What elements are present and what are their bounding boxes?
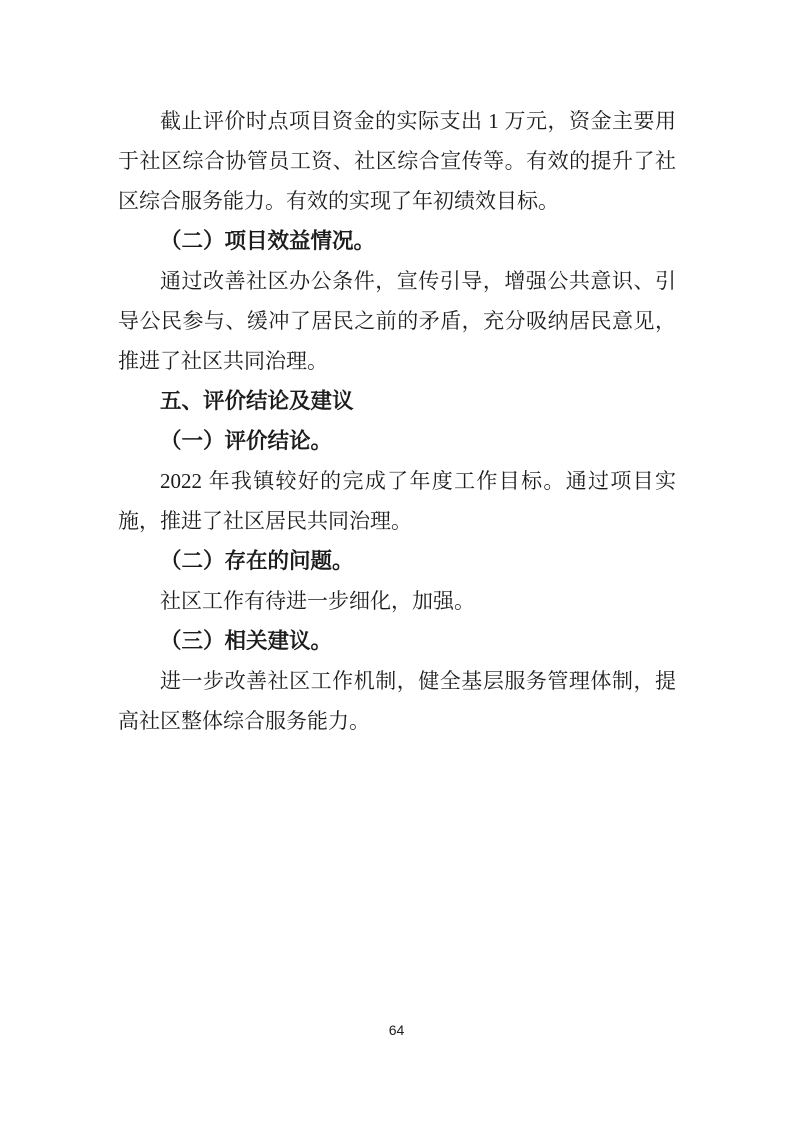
paragraph-line: 通过改善社区办公条件，宣传引导，增强公共意识、引 [118,261,676,301]
paragraph-line: 截止评价时点项目资金的实际支出 1 万元，资金主要用 [118,101,676,141]
paragraph-line: 高社区整体综合服务能力。 [118,701,676,741]
paragraph-line: 进一步改善社区工作机制，健全基层服务管理体制，提 [118,661,676,701]
paragraph-line: 导公民参与、缓冲了居民之前的矛盾，充分吸纳居民意见， [118,301,676,341]
paragraph-line: 推进了社区共同治理。 [118,341,676,381]
paragraph-line: 2022 年我镇较好的完成了年度工作目标。通过项目实 [118,461,676,501]
section-heading: 五、评价结论及建议 [118,381,676,421]
page-number: 64 [0,1022,793,1038]
document-body: 截止评价时点项目资金的实际支出 1 万元，资金主要用 于社区综合协管员工资、社区… [118,101,676,741]
subsection-heading: （三）相关建议。 [118,621,676,661]
subsection-heading: （一）评价结论。 [118,421,676,461]
subsection-heading: （二）项目效益情况。 [118,221,676,261]
subsection-heading: （二）存在的问题。 [118,541,676,581]
paragraph-line: 社区工作有待进一步细化，加强。 [118,581,676,621]
paragraph-line: 于社区综合协管员工资、社区综合宣传等。有效的提升了社 [118,141,676,181]
paragraph-line: 区综合服务能力。有效的实现了年初绩效目标。 [118,181,676,221]
paragraph-line: 施，推进了社区居民共同治理。 [118,501,676,541]
document-page: 截止评价时点项目资金的实际支出 1 万元，资金主要用 于社区综合协管员工资、社区… [0,0,793,1122]
